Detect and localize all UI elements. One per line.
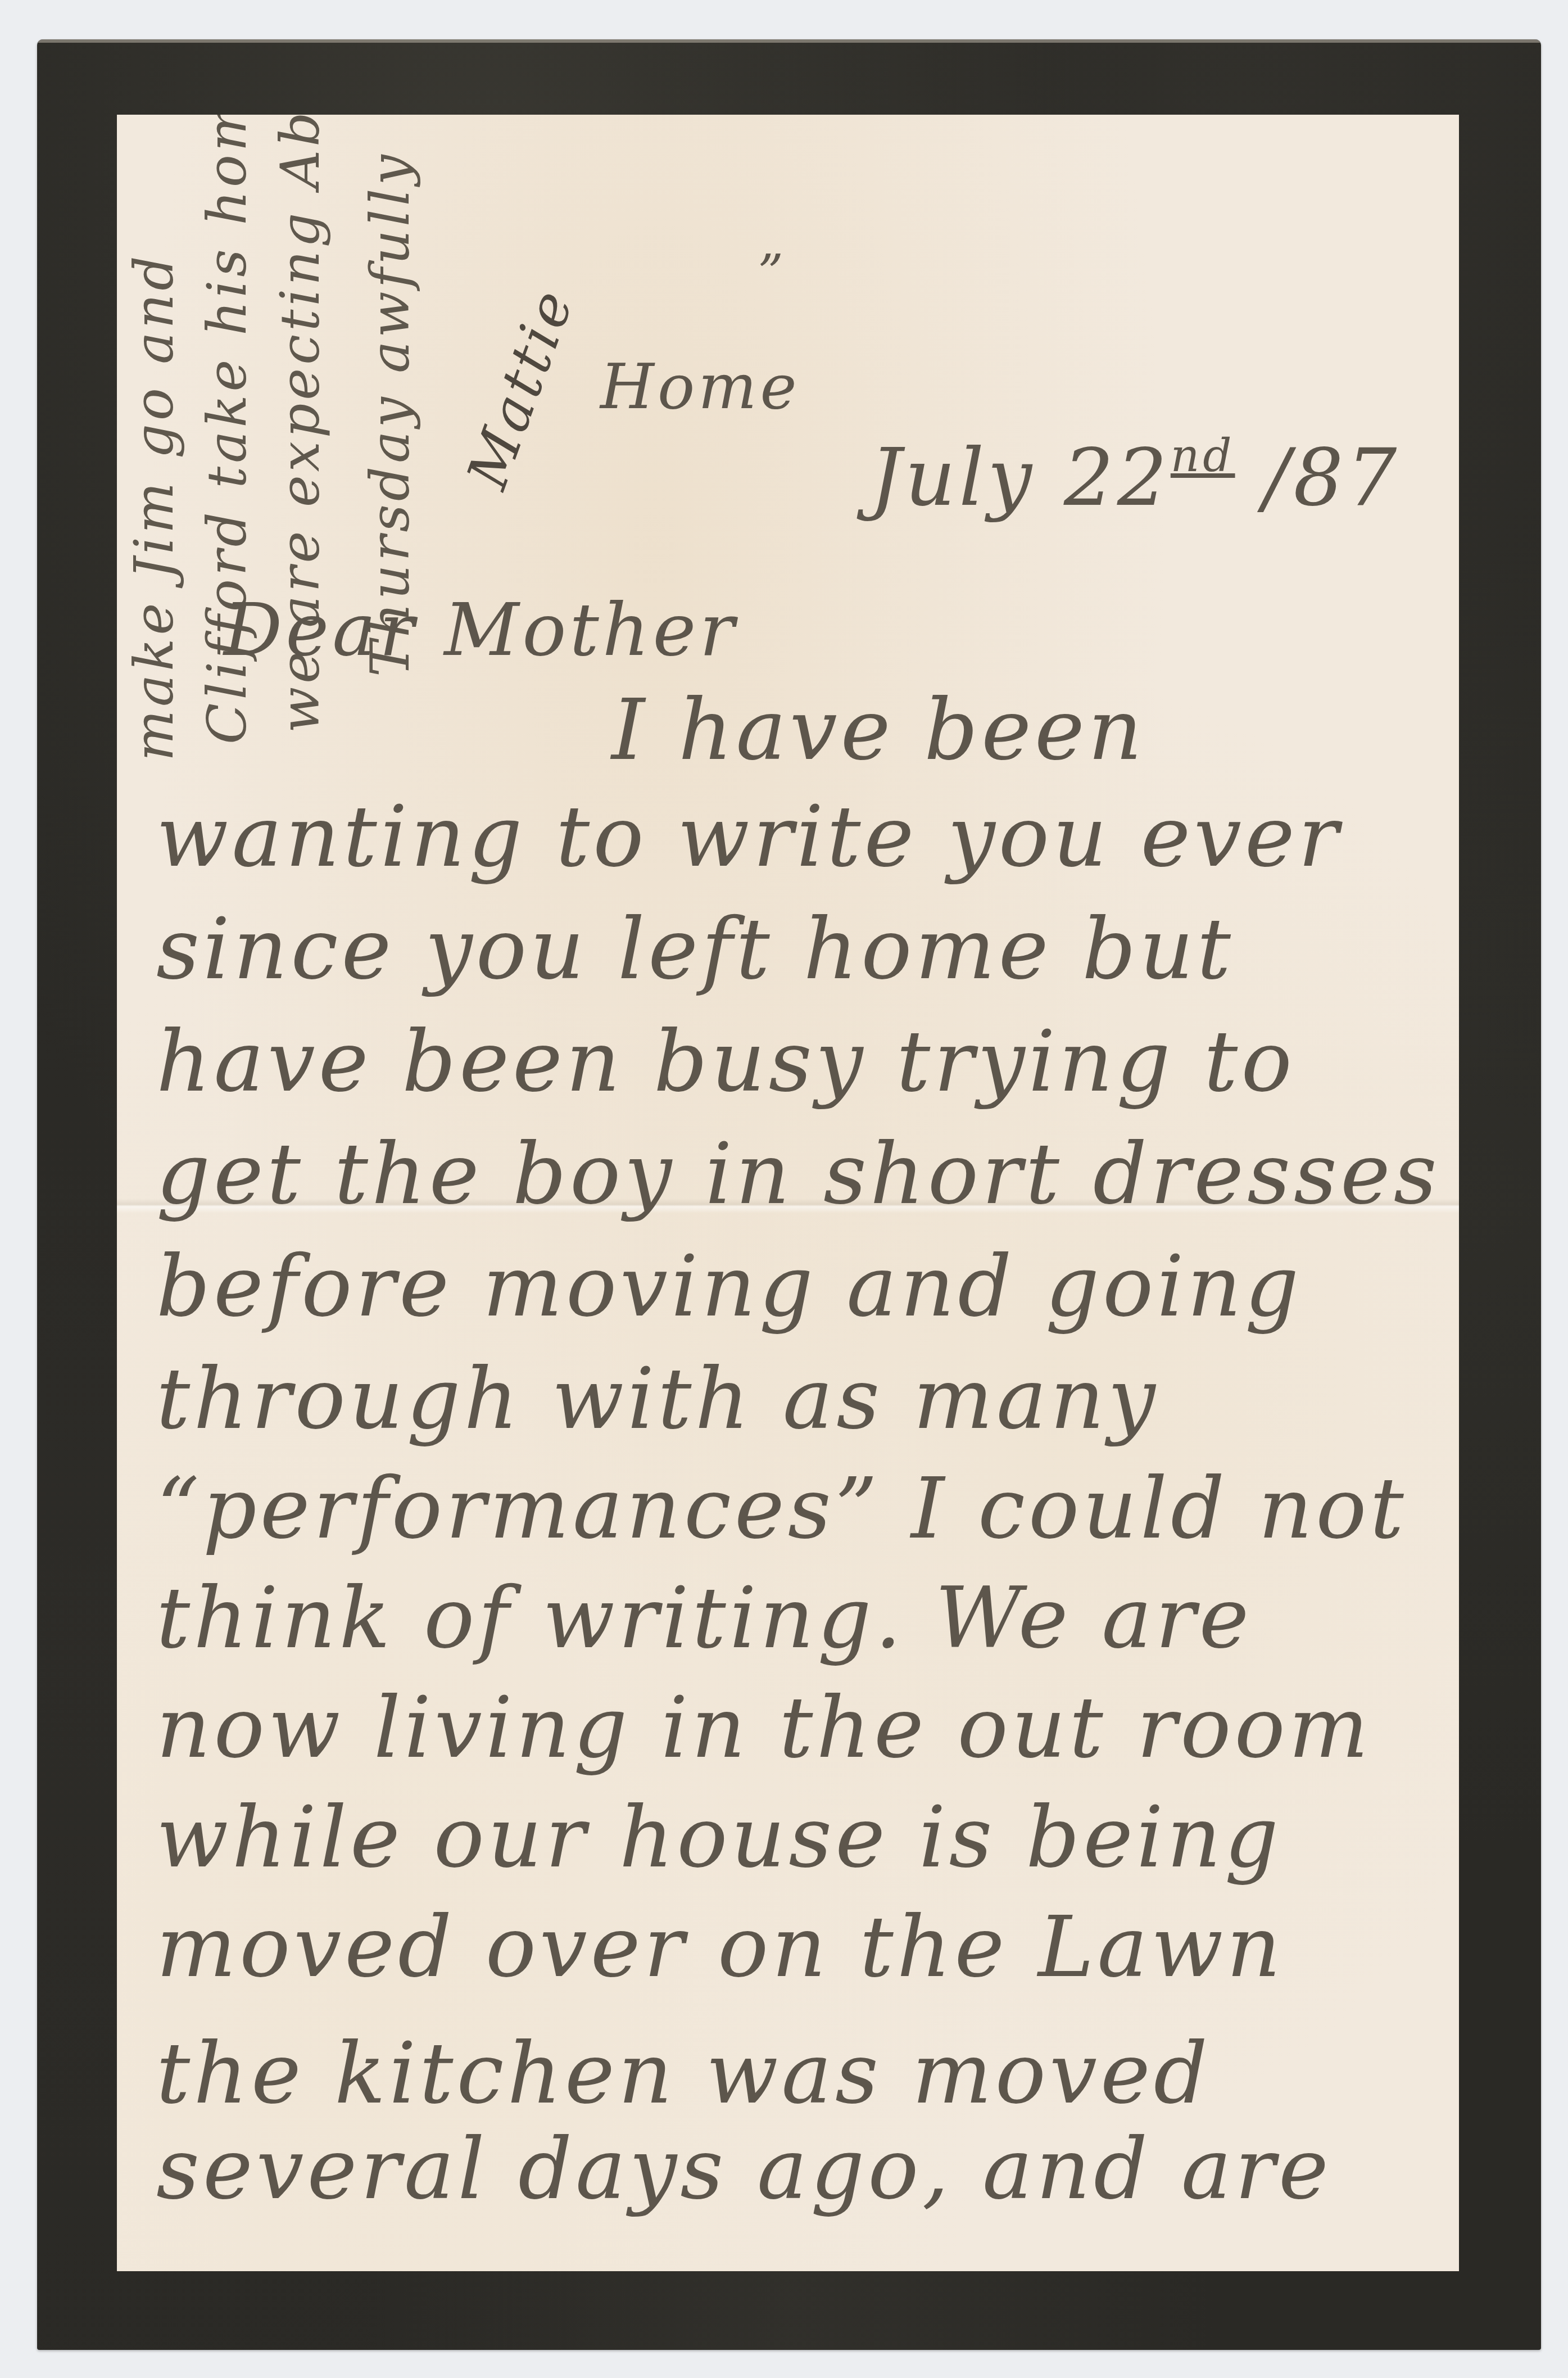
body-line: get the boy in short dresses [156,1132,1440,1217]
body-line: I have been [611,688,1145,772]
body-line: moved over on the Lawn [156,1905,1284,1990]
body-line: the kitchen was moved [156,2032,1211,2116]
body-line: now living in the out room [156,1686,1372,1770]
body-line: think of writing. We are [156,1576,1252,1661]
card-top-edge [37,39,1541,43]
body-line: since you left home but [156,907,1234,992]
body-line: while our house is being [156,1796,1282,1880]
margin-signature: Mattie [454,279,587,497]
letter-paper: make Jim go and Clifford take his home w… [117,115,1459,2271]
body-line: wanting to write you ever [156,795,1342,879]
body-line: through with as many [156,1357,1159,1441]
date-year: /87 [1263,432,1400,524]
body-line: have been busy trying to [156,1020,1295,1104]
body-line: “performances” I could not [156,1467,1407,1551]
ditto-mark: ” [758,244,787,303]
date-suffix: nd [1171,430,1235,482]
mourning-card: make Jim go and Clifford take his home w… [37,39,1541,2350]
salutation: Dear Mother [224,587,738,672]
body-line: several days ago, and are [156,2127,1332,2212]
date-text: July 22 [870,432,1171,524]
date-line: July 22nd /87 [870,430,1400,524]
place-heading: Home [600,351,800,423]
body-line: before moving and going [156,1245,1302,1329]
margin-note-line-1: make Jim go and [123,252,185,761]
